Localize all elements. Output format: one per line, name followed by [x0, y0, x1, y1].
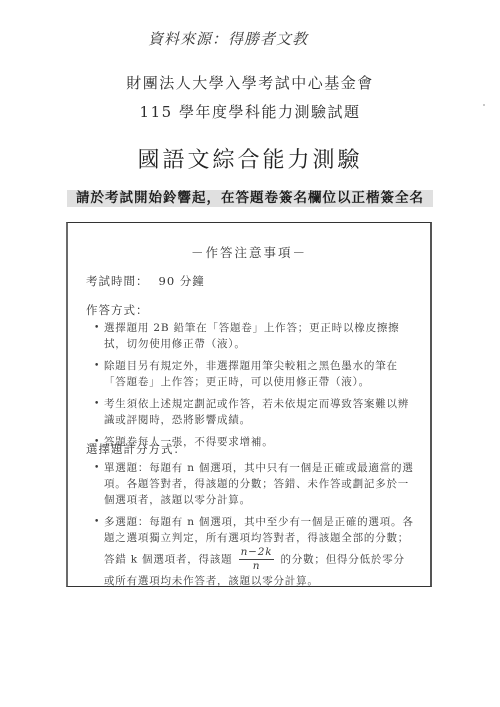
organization-name: 財團法人大學入學考試中心基金會	[0, 72, 500, 93]
list-item: 除題目另有規定外，非選擇題用筆尖較粗之黑色墨水的筆在「答題卷」上作答；更正時，可…	[94, 358, 414, 390]
notice-heading: －作答注意事項－	[68, 243, 430, 261]
answer-method-list: 選擇題用 2B 鉛筆在「答題卷」上作答；更正時以橡皮擦擦拭，切勿使用修正帶（液）…	[94, 320, 414, 456]
score-fraction: n−2k n	[239, 546, 275, 573]
answer-notice-box: －作答注意事項－ 考試時間：90 分鐘 作答方式： 選擇題用 2B 鉛筆在「答題…	[66, 222, 432, 587]
answer-method-label: 作答方式：	[86, 302, 149, 318]
exam-time-value: 90 分鐘	[159, 274, 205, 288]
fraction-denominator: n	[239, 560, 275, 573]
subject-title: 國語文綜合能力測驗	[0, 143, 500, 174]
multi-choice-rule: 多選題：每題有 n 個選項，其中至少有一個是正確的選項。各題之選項獨立判定，所有…	[94, 514, 414, 589]
exam-time-row: 考試時間：90 分鐘	[86, 273, 205, 289]
exam-year-title: 115 學年度學科能力測驗試題	[0, 101, 500, 122]
list-item: 考生須依上述規定劃記或作答，若未依規定而導致答案難以辨識或評閱時，恐將影響成績。	[94, 396, 414, 428]
exam-time-label: 考試時間：	[86, 274, 149, 288]
list-item: 選擇題用 2B 鉛筆在「答題卷」上作答；更正時以橡皮擦擦拭，切勿使用修正帶（液）…	[94, 320, 414, 352]
scoring-method-label: 選擇題計分方式：	[86, 441, 186, 457]
scoring-method-list: 單選題：每題有 n 個選項，其中只有一個是正確或最適當的選項。各題答對者，得該題…	[94, 460, 414, 595]
scan-artifact-mark	[483, 104, 485, 106]
single-choice-rule: 單選題：每題有 n 個選項，其中只有一個是正確或最適當的選項。各題答對者，得該題…	[94, 460, 414, 508]
signature-instruction-banner: 請於考試開始鈴響起，在答題卷簽名欄位以正楷簽全名	[67, 190, 433, 207]
source-note: 資料來源：得勝者文教	[148, 28, 308, 49]
fraction-numerator: n−2k	[239, 546, 275, 560]
